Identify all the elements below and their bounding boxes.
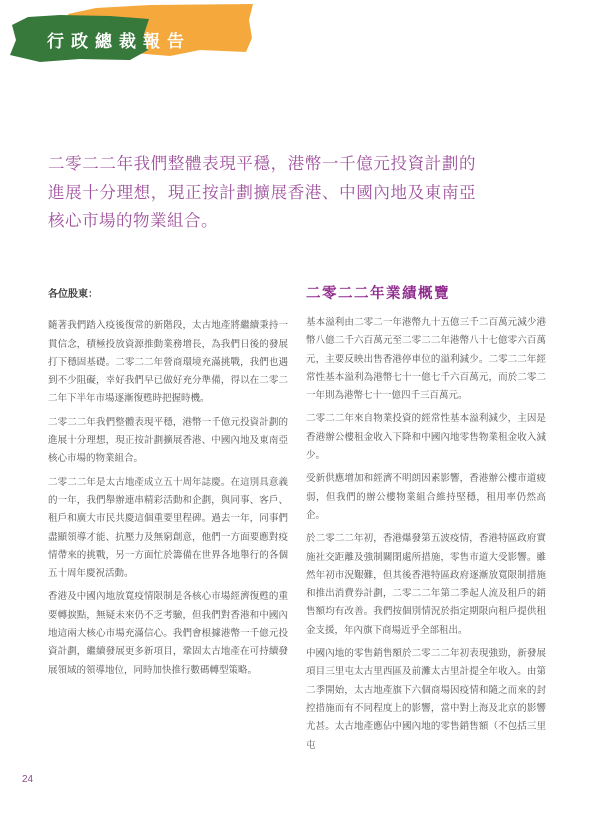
right-paragraph-4: 於二零二二年初，香港爆發第五波疫情，香港特區政府實施社交距離及強制關閉處所措施，… (306, 530, 546, 640)
page-title: 行政總裁報告 (47, 27, 191, 52)
report-page: 行政總裁報告 二零二二年我們整體表現平穩，港幣一千億元投資計劃的進展十分理想，現… (0, 0, 600, 814)
left-paragraph-1: 隨著我們踏入疫後復常的新階段，太古地產將繼續秉持一貫信念，積極投放資源推動業務增… (48, 317, 288, 408)
salutation: 各位股東： (48, 286, 288, 304)
right-paragraph-2: 二零二二年來自物業投資的經常性基本溢利減少，主因是香港辦公樓租金收入下降和中國內… (306, 410, 546, 465)
left-paragraph-3: 二零二二年是太古地產成立五十周年誌慶。在這別具意義的一年，我們舉辦連串精彩活動和… (48, 474, 288, 584)
left-paragraph-4: 香港及中國內地放寬疫情限制是各核心市場經濟復甦的重要轉捩點，無疑未來仍不乏考驗，… (48, 588, 288, 679)
page-number: 24 (22, 774, 33, 785)
left-paragraph-2: 二零二二年我們整體表現平穩，港幣一千億元投資計劃的進展十分理想，現正按計劃擴展香… (48, 414, 288, 469)
right-paragraph-5: 中國內地的零售銷售額於二零二二年初表現強勁，新發展項目三里屯太古里西區及前灘太古… (306, 645, 546, 755)
right-paragraph-3: 受新供應增加和經濟不明朗因素影響，香港辦公樓市道疲弱，但我們的辦公樓物業組合維持… (306, 470, 546, 525)
section-heading-results-overview: 二零二二年業績概覽 (306, 286, 546, 302)
left-column: 各位股東： 隨著我們踏入疫後復常的新階段，太古地產將繼續秉持一貫信念，積極投放資… (48, 286, 288, 685)
intro-statement: 二零二二年我們整體表現平穩，港幣一千億元投資計劃的進展十分理想，現正按計劃擴展香… (48, 150, 476, 236)
right-paragraph-1: 基本溢利由二零二一年港幣九十五億三千二百萬元減少港幣八億二千六百萬元至二零二二年… (306, 314, 546, 405)
right-column: 二零二二年業績概覽 基本溢利由二零二一年港幣九十五億三千二百萬元減少港幣八億二千… (306, 286, 546, 760)
